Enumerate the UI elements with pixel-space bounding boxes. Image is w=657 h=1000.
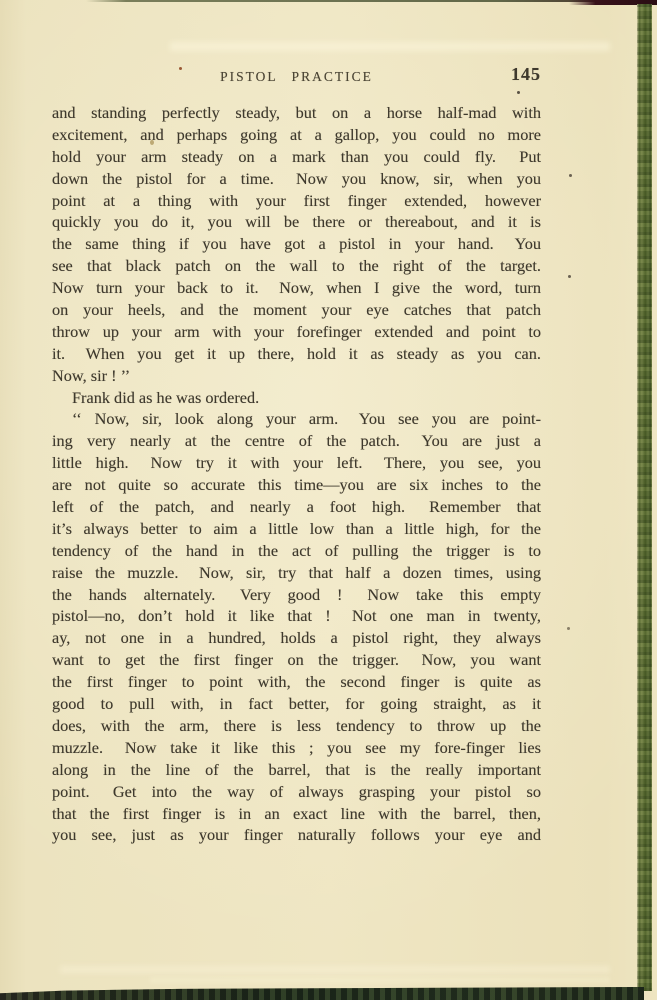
text-line: muzzle. Now take it like this ; you see … [52,737,541,759]
text-line: that the first finger is in an exact lin… [52,803,541,825]
text-line: good to pull with, in fact better, for g… [52,693,541,715]
text-line: the hands alternately. Very good ! Now t… [52,584,541,606]
text-line: ay, not one in a hundred, holds a pistol… [52,627,541,649]
page-header: PISTOL PRACTICE 145 [52,69,541,91]
page-fore-edge-band [637,4,652,991]
scan-streak [60,966,610,973]
text-line: pistol—no, don’t hold it like that ! Not… [52,605,541,627]
text-line: hold your arm steady on a mark than you … [52,146,541,168]
text-line: see that black patch on the wall to the … [52,255,541,277]
text-line: left of the patch, and nearly a foot hig… [52,496,541,518]
text-line: Now, sir ! ’’ [52,365,541,387]
text-line: does, with the arm, there is less tenden… [52,715,541,737]
text-line: on your heels, and the moment your eye c… [52,299,541,321]
ink-speck [569,174,572,177]
text-line: and standing perfectly steady, but on a … [52,102,541,124]
text-line: want to get the first finger on the trig… [52,649,541,671]
ink-speck [179,67,182,70]
ink-speck [150,140,154,145]
text-line: tendency of the hand in the act of pulli… [52,540,541,562]
scan-streak [150,977,610,983]
text-line: point at a thing with your first finger … [52,190,541,212]
text-line: the same thing if you have got a pistol … [52,233,541,255]
text-line: the first finger to point with, the seco… [52,671,541,693]
text-line: little high. Now try it with your left. … [52,452,541,474]
text-line: it. When you get it up there, hold it as… [52,343,541,365]
text-line: ‘‘ Now, sir, look along your arm. You se… [52,408,541,430]
text-line: quickly you do it, you will be there or … [52,211,541,233]
text-line: down the pistol for a time. Now you know… [52,168,541,190]
scan-streak [170,42,610,51]
text-line: raise the muzzle. Now, sir, try that hal… [52,562,541,584]
running-title: PISTOL PRACTICE [52,69,541,85]
text-line: are not quite so accurate this time—you … [52,474,541,496]
page-number: 145 [511,64,541,85]
ink-speck [567,627,570,630]
book-page: PISTOL PRACTICE 145 and standing perfect… [0,0,657,1000]
text-line: excitement, and perhaps going at a gallo… [52,124,541,146]
body-text: and standing perfectly steady, but on a … [52,102,541,846]
text-line: Frank did as he was ordered. [52,387,541,409]
text-line: Now turn your back to it. Now, when I gi… [52,277,541,299]
ink-speck [568,275,571,278]
ink-speck [517,91,520,94]
text-line: throw up your arm with your forefinger e… [52,321,541,343]
text-line: along in the line of the barrel, that is… [52,759,541,781]
text-line: ing very nearly at the centre of the pat… [52,430,541,452]
book-bottom-edge [0,987,644,1000]
text-line: point. Get into the way of always graspi… [52,781,541,803]
text-line: you see, just as your finger naturally f… [52,824,541,846]
text-line: it’s always better to aim a little low t… [52,518,541,540]
